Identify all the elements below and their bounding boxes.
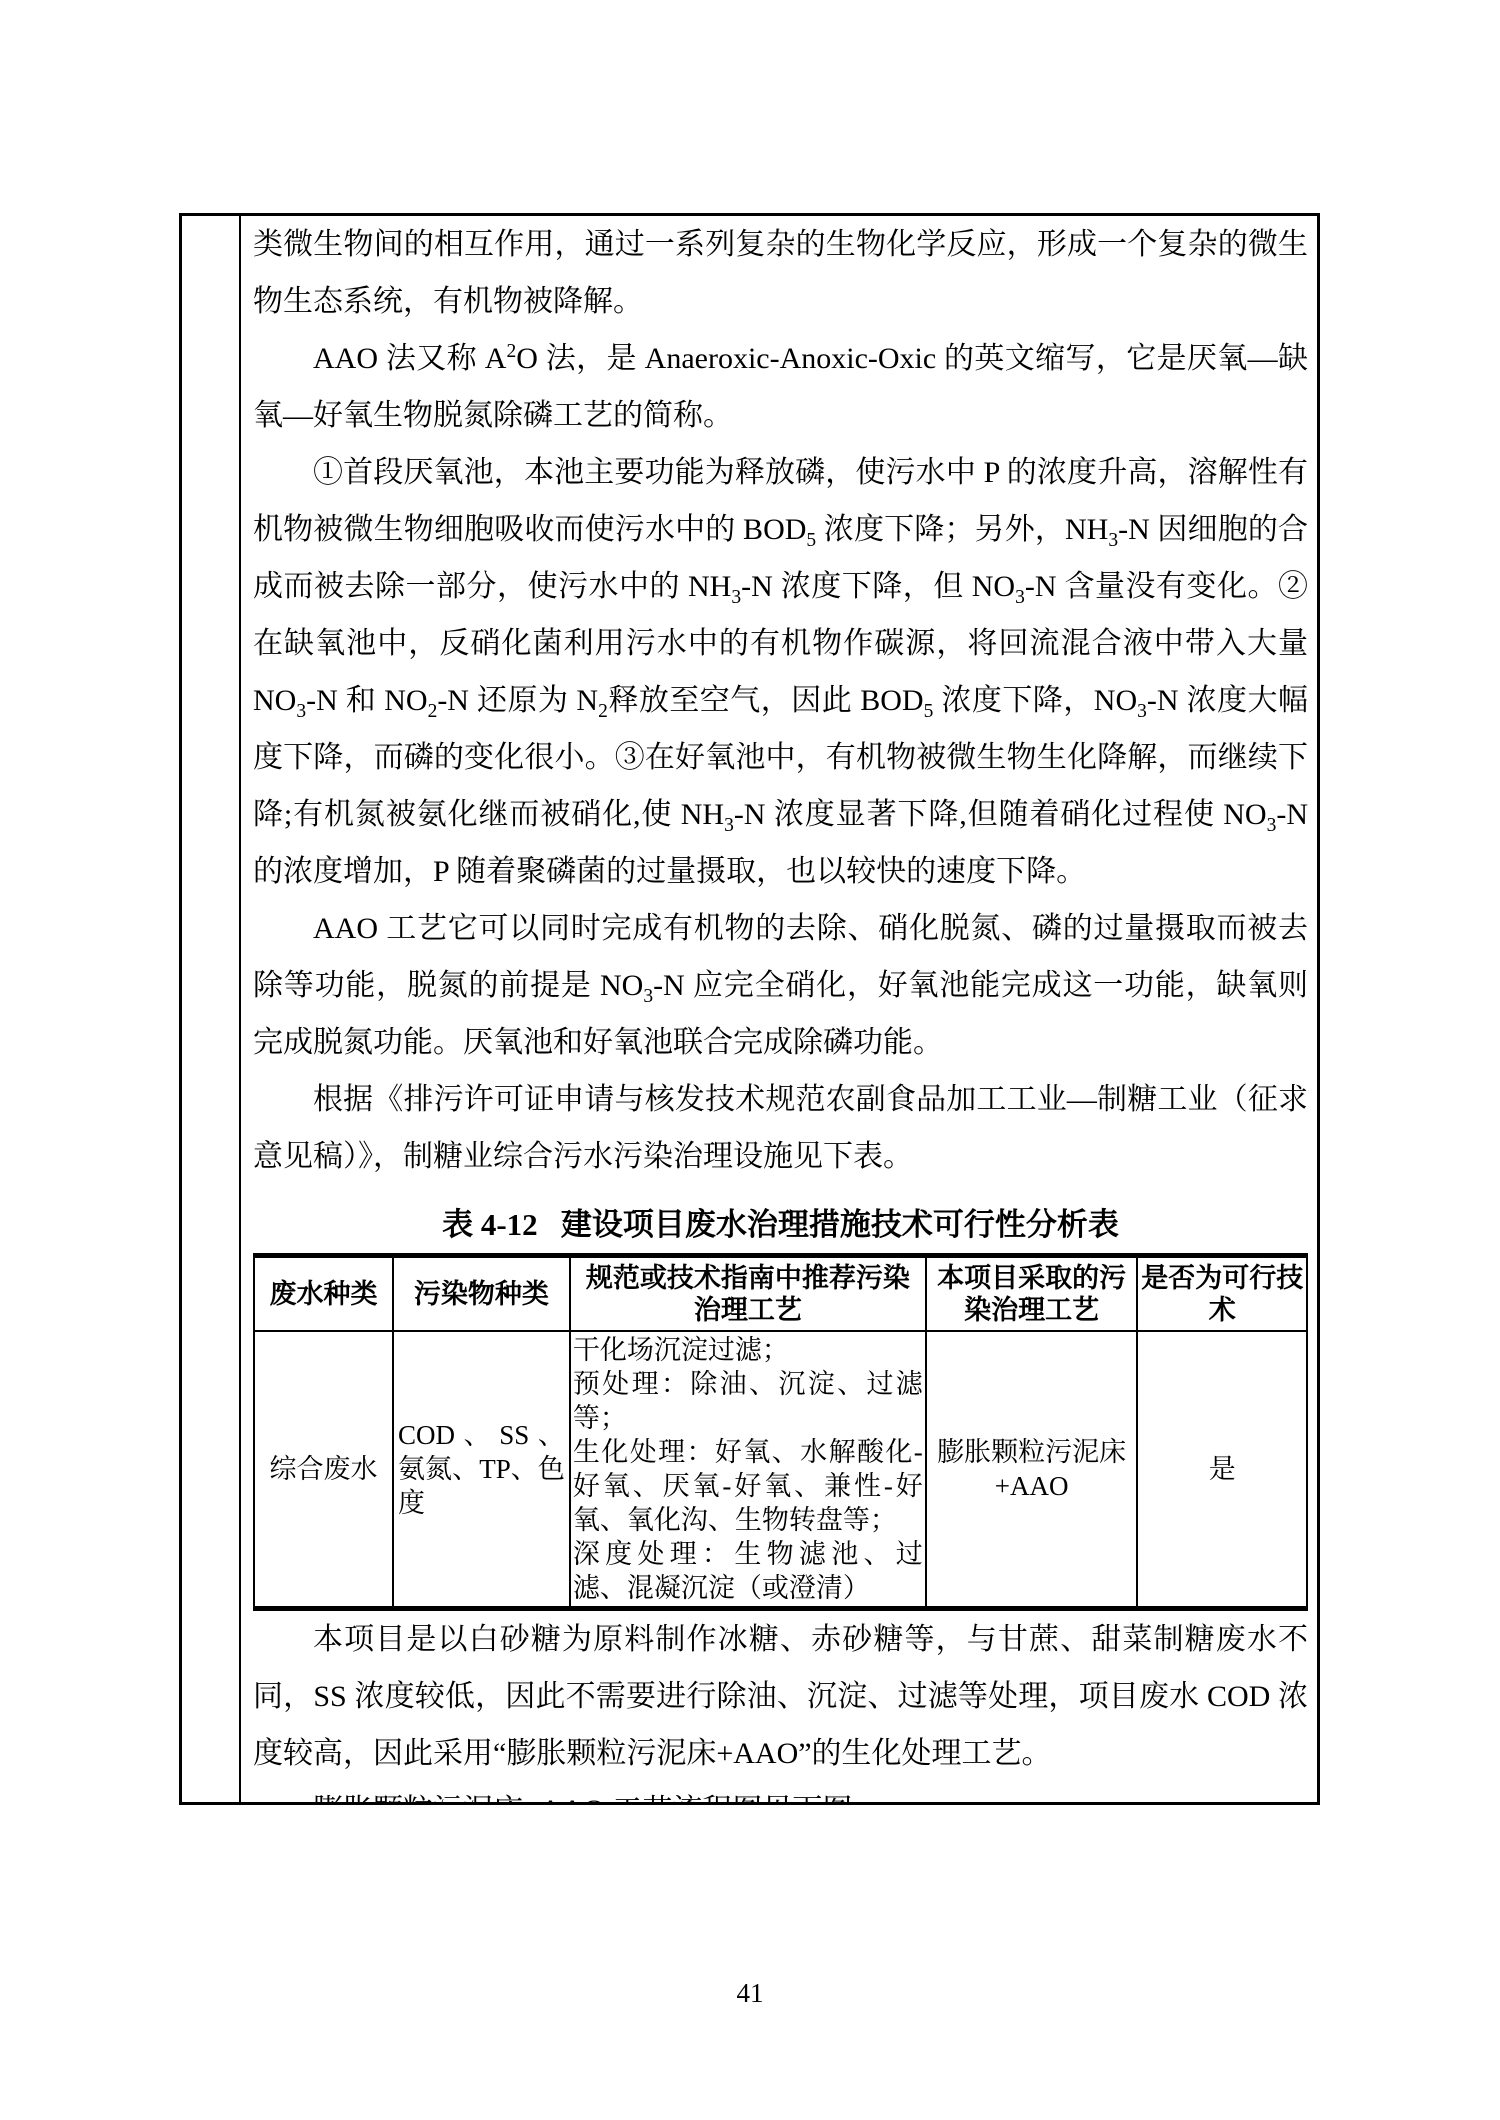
body-paragraphs-before-table: 类微生物间的相互作用，通过一系列复杂的生物化学反应，形成一个复杂的微生物生态系统… (253, 216, 1308, 1201)
paragraph: 本项目是以白砂糖为原料制作冰糖、赤砂糖等，与甘蔗、甜菜制糖废水不同，SS 浓度较… (253, 1611, 1308, 1782)
process-line: 干化场沉淀过滤； (573, 1333, 923, 1367)
table-header-cell-4: 是否为可行技术 (1137, 1256, 1307, 1332)
table-header-cell-0: 废水种类 (254, 1256, 393, 1332)
table-header-row: 废水种类污染物种类规范或技术指南中推荐污染治理工艺本项目采取的污染治理工艺是否为… (254, 1256, 1307, 1332)
cell-recommended-processes: 干化场沉淀过滤；预处理：除油、沉淀、过滤等；生化处理：好氧、水解酸化-好氧、厌氧… (570, 1331, 926, 1609)
paragraph: 类微生物间的相互作用，通过一系列复杂的生物化学反应，形成一个复杂的微生物生态系统… (253, 216, 1308, 330)
table-header-cell-2: 规范或技术指南中推荐污染治理工艺 (570, 1256, 926, 1332)
paragraph: ①首段厌氧池，本池主要功能为释放磷，使污水中 P 的浓度升高，溶解性有机物被微生… (253, 444, 1308, 900)
form-outer-box: 类微生物间的相互作用，通过一系列复杂的生物化学反应，形成一个复杂的微生物生态系统… (179, 213, 1320, 1805)
process-line: 深度处理：生物滤池、过滤、混凝沉淀（或澄清） (573, 1537, 923, 1605)
body-paragraphs-after-table: 本项目是以白砂糖为原料制作冰糖、赤砂糖等，与甘蔗、甜菜制糖废水不同，SS 浓度较… (253, 1611, 1308, 1802)
paragraph: AAO 工艺它可以同时完成有机物的去除、硝化脱氮、磷的过量摄取而被去除等功能，脱… (253, 900, 1308, 1071)
cell-project-process: 膨胀颗粒污泥床+AAO (926, 1331, 1138, 1609)
table-header-cell-1: 污染物种类 (393, 1256, 570, 1332)
page-number: 41 (0, 1978, 1500, 2009)
cell-pollutant-types: COD、SS、氨氮、TP、色度 (393, 1331, 570, 1609)
table-row: 综合废水COD、SS、氨氮、TP、色度干化场沉淀过滤；预处理：除油、沉淀、过滤等… (254, 1331, 1307, 1609)
form-left-column (182, 216, 241, 1802)
cell-feasible: 是 (1137, 1331, 1307, 1609)
table-header-cell-3: 本项目采取的污染治理工艺 (926, 1256, 1138, 1332)
paragraph: AAO 法又称 A2O 法，是 Anaeroxic-Anoxic-Oxic 的英… (253, 330, 1308, 444)
paragraph: 膨胀颗粒污泥床+AAO 工艺流程图见下图。 (253, 1782, 1308, 1802)
process-line: 预处理：除油、沉淀、过滤等； (573, 1367, 923, 1435)
feasibility-analysis-table: 废水种类污染物种类规范或技术指南中推荐污染治理工艺本项目采取的污染治理工艺是否为… (253, 1253, 1308, 1611)
cell-wastewater-type: 综合废水 (254, 1331, 393, 1609)
table-title: 表 4-12 建设项目废水治理措施技术可行性分析表 (253, 1201, 1308, 1253)
form-content-cell: 类微生物间的相互作用，通过一系列复杂的生物化学反应，形成一个复杂的微生物生态系统… (241, 216, 1317, 1802)
paragraph: 根据《排污许可证申请与核发技术规范农副食品加工工业—制糖工业（征求意见稿）》，制… (253, 1071, 1308, 1185)
document-page: 类微生物间的相互作用，通过一系列复杂的生物化学反应，形成一个复杂的微生物生态系统… (0, 0, 1500, 2120)
table-body: 综合废水COD、SS、氨氮、TP、色度干化场沉淀过滤；预处理：除油、沉淀、过滤等… (254, 1331, 1307, 1609)
process-line: 生化处理：好氧、水解酸化-好氧、厌氧-好氧、兼性-好氧、氧化沟、生物转盘等； (573, 1435, 923, 1537)
